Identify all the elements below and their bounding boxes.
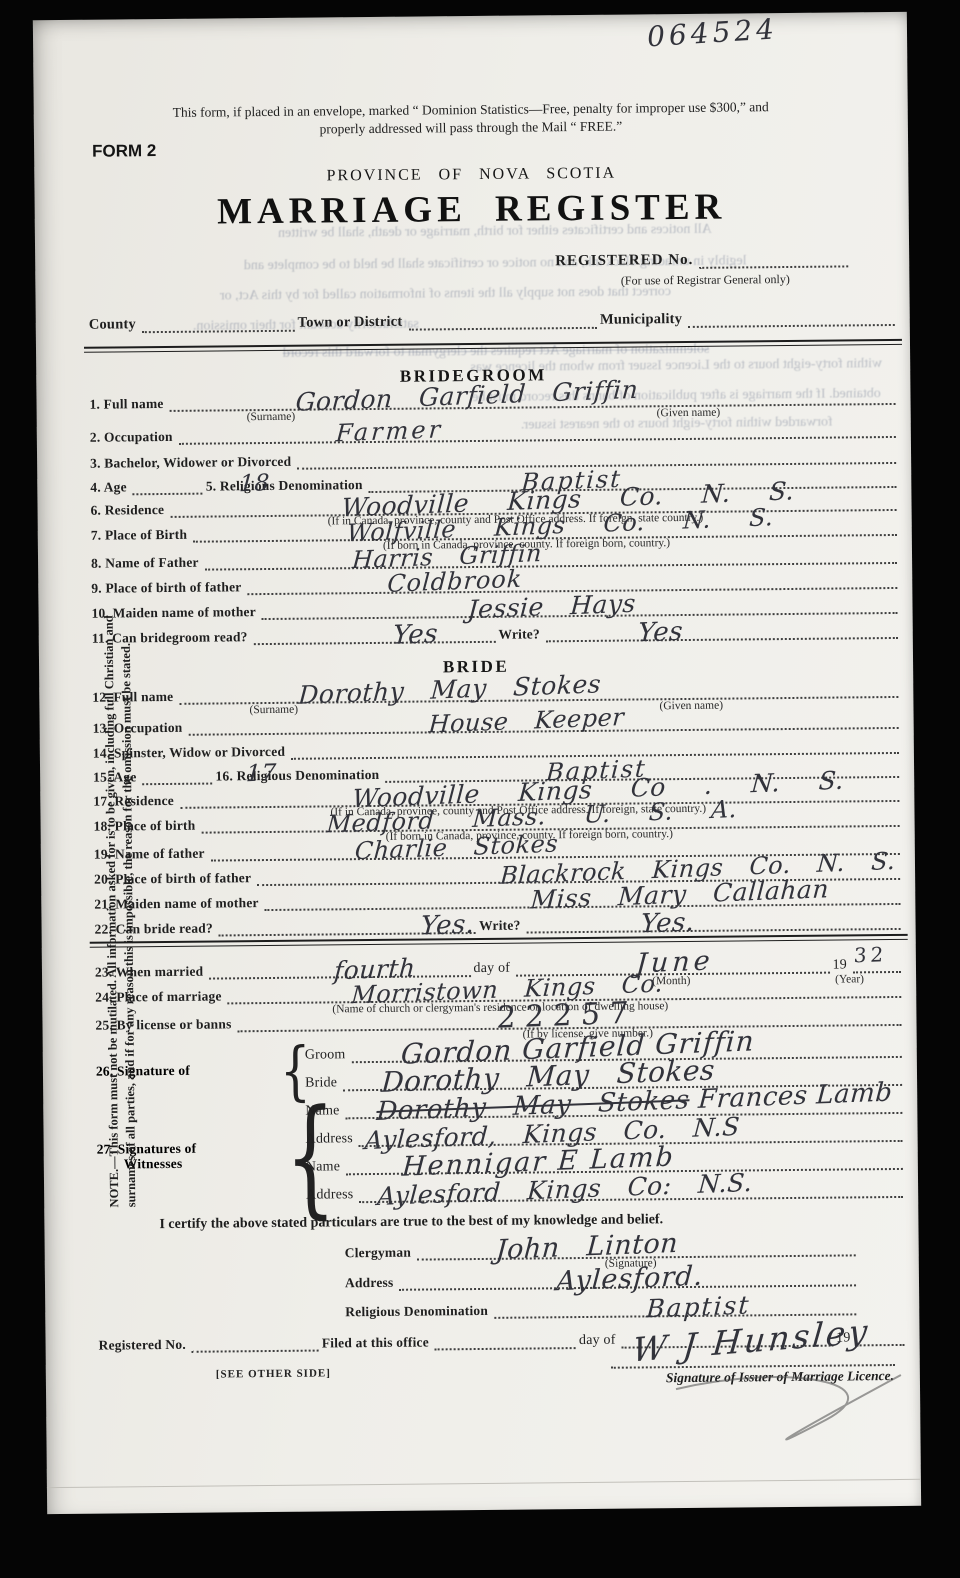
fill-in-line xyxy=(688,322,895,328)
fill-in-line xyxy=(527,926,901,934)
filing-day-of-label: day of xyxy=(579,1333,619,1349)
registered-no-row: REGISTERED No. xyxy=(555,250,851,270)
groom-mother-handwritten: Jessie Hays xyxy=(467,589,637,624)
clergyman-denomination-row: Religious Denomination Baptist xyxy=(345,1299,859,1320)
town-district-label: Town or District xyxy=(298,314,406,332)
witness-address-label: Address xyxy=(306,1187,356,1203)
groom-occupation-label: 2. Occupation xyxy=(90,429,176,446)
scanned-document: All notices and certificates either for … xyxy=(0,0,960,1578)
margin-note: NOTE.—This form must not be mutilated. A… xyxy=(100,539,139,1207)
clergyman-row: Clergyman John Linton xyxy=(345,1240,859,1261)
year-handwritten: 32 xyxy=(853,942,888,967)
fill-in-line xyxy=(435,1345,576,1350)
surname-note: (Surname) xyxy=(247,411,296,423)
bride-write-handwritten: Yes. xyxy=(640,907,696,939)
groom-fullname-row: 1. Full name Gordon Garfield Griffin xyxy=(89,389,898,413)
groom-residence-label: 6. Residence xyxy=(90,502,167,519)
groom-read-handwritten: Yes xyxy=(392,619,439,651)
clergyman-denomination-handwritten: Baptist xyxy=(645,1290,751,1323)
bride-occupation-handwritten: House Keeper xyxy=(428,703,625,738)
fill-in-line xyxy=(179,434,896,445)
witness-address-label: Address xyxy=(306,1131,356,1147)
fill-in-line xyxy=(546,635,898,642)
filing-registered-no-label: Registered No. xyxy=(98,1337,188,1354)
county-label: County xyxy=(89,316,139,333)
clergyman-address-handwritten: Aylesford. xyxy=(555,1261,704,1298)
groom-write-handwritten: Yes xyxy=(637,617,684,649)
groom-age-handwritten: 18 xyxy=(238,470,270,497)
groom-signature-label: Groom xyxy=(305,1047,349,1063)
groom-literacy-row: 11. Can bridegroom read? Write? Yes Yes xyxy=(92,623,901,647)
marriage-register-page: All notices and certificates either for … xyxy=(33,12,921,1514)
year-prefix: 19 xyxy=(832,957,850,973)
bride-religion-label: 16. Religious Denomination xyxy=(215,767,382,785)
license-row: 25. By license or banns 22257 xyxy=(95,1010,904,1034)
bride-mother-row: 21. Maiden name of mother Miss Mary Call… xyxy=(94,889,903,913)
given-name-note: (Given name) xyxy=(657,407,721,420)
witness-name-label: Name xyxy=(306,1159,343,1175)
witness2-address-row: Address Aylesford Kings Co: N.S. xyxy=(306,1182,906,1204)
bride-fullname-row: 12. Full name Dorothy May Stokes xyxy=(92,682,901,706)
paper-fold-line xyxy=(47,1479,921,1488)
given-name-note: (Given name) xyxy=(659,700,723,713)
witness-name-label: Name xyxy=(305,1103,342,1119)
groom-age-label: 4. Age xyxy=(90,479,130,495)
groom-status-row: 3. Bachelor, Widower or Divorced xyxy=(90,448,899,472)
registrar-only-note: (For use of Registrar General only) xyxy=(555,271,855,289)
filed-at-office-label: Filed at this office xyxy=(322,1334,432,1351)
form-number-label: FORM 2 xyxy=(92,141,156,162)
groom-religion-label: 5. Religious Denomination xyxy=(206,477,366,495)
fill-in-line xyxy=(205,560,897,571)
groom-write-label: Write? xyxy=(498,626,543,642)
fill-in-line xyxy=(133,491,203,496)
clergyman-address-label: Address xyxy=(345,1275,397,1291)
clergyman-label: Clergyman xyxy=(345,1245,414,1262)
document-number-handwritten: 064524 xyxy=(646,12,779,53)
fill-in-line xyxy=(254,639,496,645)
fill-in-line xyxy=(192,1348,319,1353)
groom-occupation-handwritten: Farmer xyxy=(335,415,444,447)
clergyman-denomination-label: Religious Denomination xyxy=(345,1303,491,1320)
page-title: MARRIAGE REGISTER xyxy=(35,184,909,235)
bride-write-label: Write? xyxy=(479,918,524,934)
certify-statement: I certify the above stated particulars a… xyxy=(159,1212,663,1233)
bride-occupation-row: 13. Occupation House Keeper xyxy=(93,713,902,737)
groom-status-label: 3. Bachelor, Widower or Divorced xyxy=(90,454,294,472)
see-other-side-label: [SEE OTHER SIDE] xyxy=(216,1367,331,1380)
registered-no-label: REGISTERED No. xyxy=(555,252,696,270)
fill-in-line xyxy=(143,781,213,786)
groom-fullname-label: 1. Full name xyxy=(89,396,166,413)
surname-note: (Surname) xyxy=(249,704,298,716)
groom-occupation-row: 2. Occupation Farmer xyxy=(90,422,899,446)
groom-mother-row: 10. Maiden name of mother Jessie Hays xyxy=(91,598,900,622)
municipality-label: Municipality xyxy=(600,311,685,329)
bride-read-handwritten: Yes. xyxy=(420,909,476,941)
bride-age-handwritten: 17 xyxy=(245,760,277,787)
bride-status-row: 14. Spinster, Widow or Divorced xyxy=(93,738,902,762)
signature-flourish xyxy=(646,1357,947,1480)
clergyman-address-row: Address Aylesford. xyxy=(345,1270,859,1291)
